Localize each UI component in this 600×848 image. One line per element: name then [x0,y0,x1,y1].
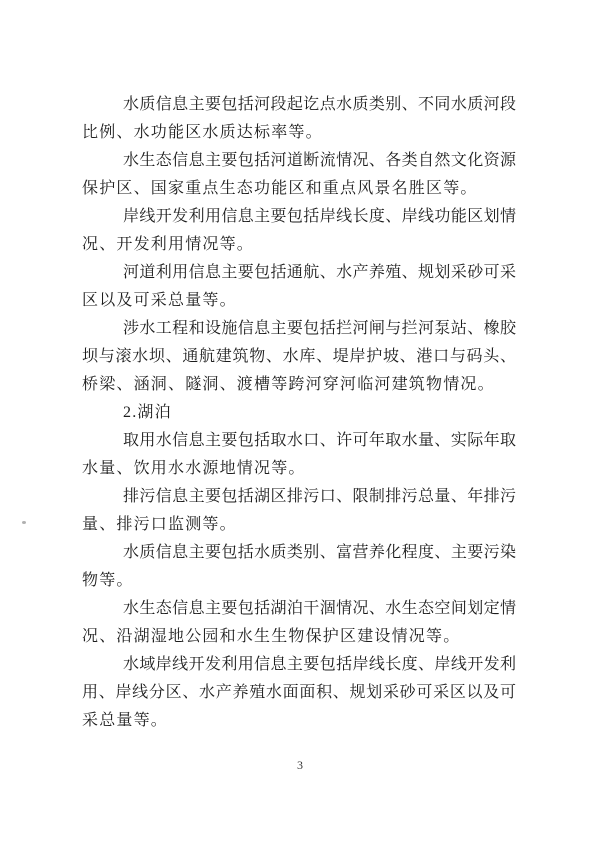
text-line: 区以及可采总量等。 [82,287,516,315]
paragraph: 水生态信息主要包括河道断流情况、各类自然文化资源 保护区、国家重点生态功能区和重… [82,147,516,203]
text-line: 河道利用信息主要包括通航、水产养殖、规划采砂可采 [82,259,516,287]
text-line: 涉水工程和设施信息主要包括拦河闸与拦河泵站、橡胶 [82,315,516,343]
paragraph: 岸线开发利用信息主要包括岸线长度、岸线功能区划情 况、开发利用情况等。 [82,203,516,259]
text-line: 保护区、国家重点生态功能区和重点风景名胜区等。 [82,175,516,203]
paragraph: 水质信息主要包括水质类别、富营养化程度、主要污染 物等。 [82,539,516,595]
text-line: 排污信息主要包括湖区排污口、限制排污总量、年排污 [82,483,516,511]
paragraph: 涉水工程和设施信息主要包括拦河闸与拦河泵站、橡胶 坝与滚水坝、通航建筑物、水库、… [82,315,516,399]
text-line: 取用水信息主要包括取水口、许可年取水量、实际年取 [82,427,516,455]
paragraph: 河道利用信息主要包括通航、水产养殖、规划采砂可采 区以及可采总量等。 [82,259,516,315]
text-line: 采总量等。 [82,707,516,735]
text-line: 2.湖泊 [82,399,516,427]
paragraph: 水质信息主要包括河段起讫点水质类别、不同水质河段 比例、水功能区水质达标率等。 [82,91,516,147]
text-line: 坝与滚水坝、通航建筑物、水库、堤岸护坡、港口与码头、 [82,343,516,371]
section-heading: 2.湖泊 [82,399,516,427]
text-line: 水生态信息主要包括河道断流情况、各类自然文化资源 [82,147,516,175]
document-page: 水质信息主要包括河段起讫点水质类别、不同水质河段 比例、水功能区水质达标率等。 … [0,0,600,848]
scan-artifact [22,521,26,524]
text-column: 水质信息主要包括河段起讫点水质类别、不同水质河段 比例、水功能区水质达标率等。 … [82,91,516,735]
paragraph: 排污信息主要包括湖区排污口、限制排污总量、年排污 量、排污口监测等。 [82,483,516,539]
page-number: 3 [0,758,600,773]
text-line: 桥梁、涵洞、隧洞、渡槽等跨河穿河临河建筑物情况。 [82,371,516,399]
text-line: 水域岸线开发利用信息主要包括岸线长度、岸线开发利 [82,651,516,679]
text-line: 况、开发利用情况等。 [82,231,516,259]
text-line: 用、岸线分区、水产养殖水面面积、规划采砂可采区以及可 [82,679,516,707]
text-line: 水质信息主要包括河段起讫点水质类别、不同水质河段 [82,91,516,119]
text-line: 比例、水功能区水质达标率等。 [82,119,516,147]
text-line: 水生态信息主要包括湖泊干涸情况、水生态空间划定情 [82,595,516,623]
text-line: 物等。 [82,567,516,595]
paragraph: 水生态信息主要包括湖泊干涸情况、水生态空间划定情 况、沿湖湿地公园和水生生物保护… [82,595,516,651]
text-line: 水量、饮用水水源地情况等。 [82,455,516,483]
paragraph: 取用水信息主要包括取水口、许可年取水量、实际年取 水量、饮用水水源地情况等。 [82,427,516,483]
text-line: 水质信息主要包括水质类别、富营养化程度、主要污染 [82,539,516,567]
text-line: 岸线开发利用信息主要包括岸线长度、岸线功能区划情 [82,203,516,231]
text-line: 量、排污口监测等。 [82,511,516,539]
paragraph: 水域岸线开发利用信息主要包括岸线长度、岸线开发利 用、岸线分区、水产养殖水面面积… [82,651,516,735]
text-line: 况、沿湖湿地公园和水生生物保护区建设情况等。 [82,623,516,651]
